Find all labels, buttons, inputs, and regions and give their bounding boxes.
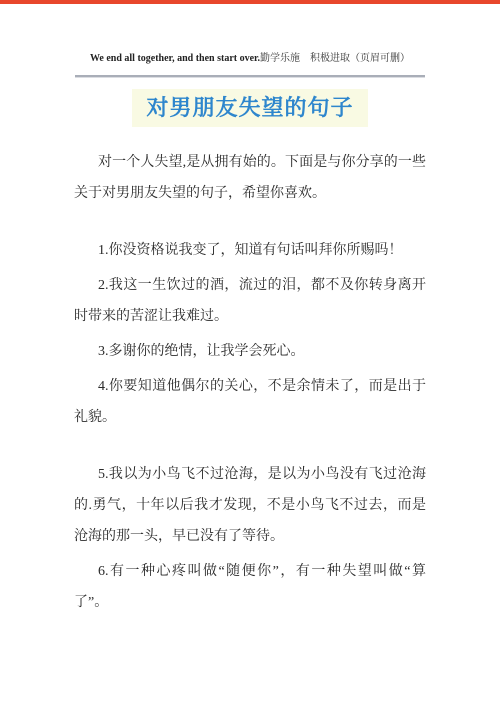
intro-paragraph: 对一个人失望,是从拥有始的。下面是与你分享的一些关于对男朋友失望的句子，希望你喜… — [74, 147, 426, 209]
sentence-item-2: 2.我这一生饮过的酒，流过的泪，都不及你转身离开时带来的苦涩让我难过。 — [74, 270, 426, 332]
top-accent-bar — [0, 0, 500, 4]
sentence-item-1: 1.你没资格说我变了，知道有句话叫拜你所赐吗！ — [74, 235, 426, 266]
sentence-item-5: 5.我以为小鸟飞不过沧海，是以为小鸟没有飞过沧海的.勇气，十年以后我才发现，不是… — [74, 459, 426, 552]
page-title: 对男朋友失望的句子 — [132, 89, 367, 127]
title-row: 对男朋友失望的句子 — [0, 89, 500, 127]
document-body: 对一个人失望,是从拥有始的。下面是与你分享的一些关于对男朋友失望的句子，希望你喜… — [74, 147, 426, 618]
sentence-item-3: 3.多谢你的绝情，让我学会死心。 — [74, 336, 426, 367]
sentence-item-6: 6.有一种心疼叫做“随便你”，有一种失望叫做“算了”。 — [74, 556, 426, 618]
sentence-item-4: 4.你要知道他偶尔的关心，不是余情未了，而是出于礼貌。 — [74, 371, 426, 433]
header-chinese-text: 勤学乐施 积极进取（页眉可删） — [260, 53, 410, 64]
page-header: We end all together, and then start over… — [0, 52, 500, 66]
header-english-text: We end all together, and then start over… — [90, 53, 260, 64]
header-divider — [75, 75, 425, 77]
page: { "page": { "top_bar_color": "#e8472c", … — [0, 0, 500, 708]
